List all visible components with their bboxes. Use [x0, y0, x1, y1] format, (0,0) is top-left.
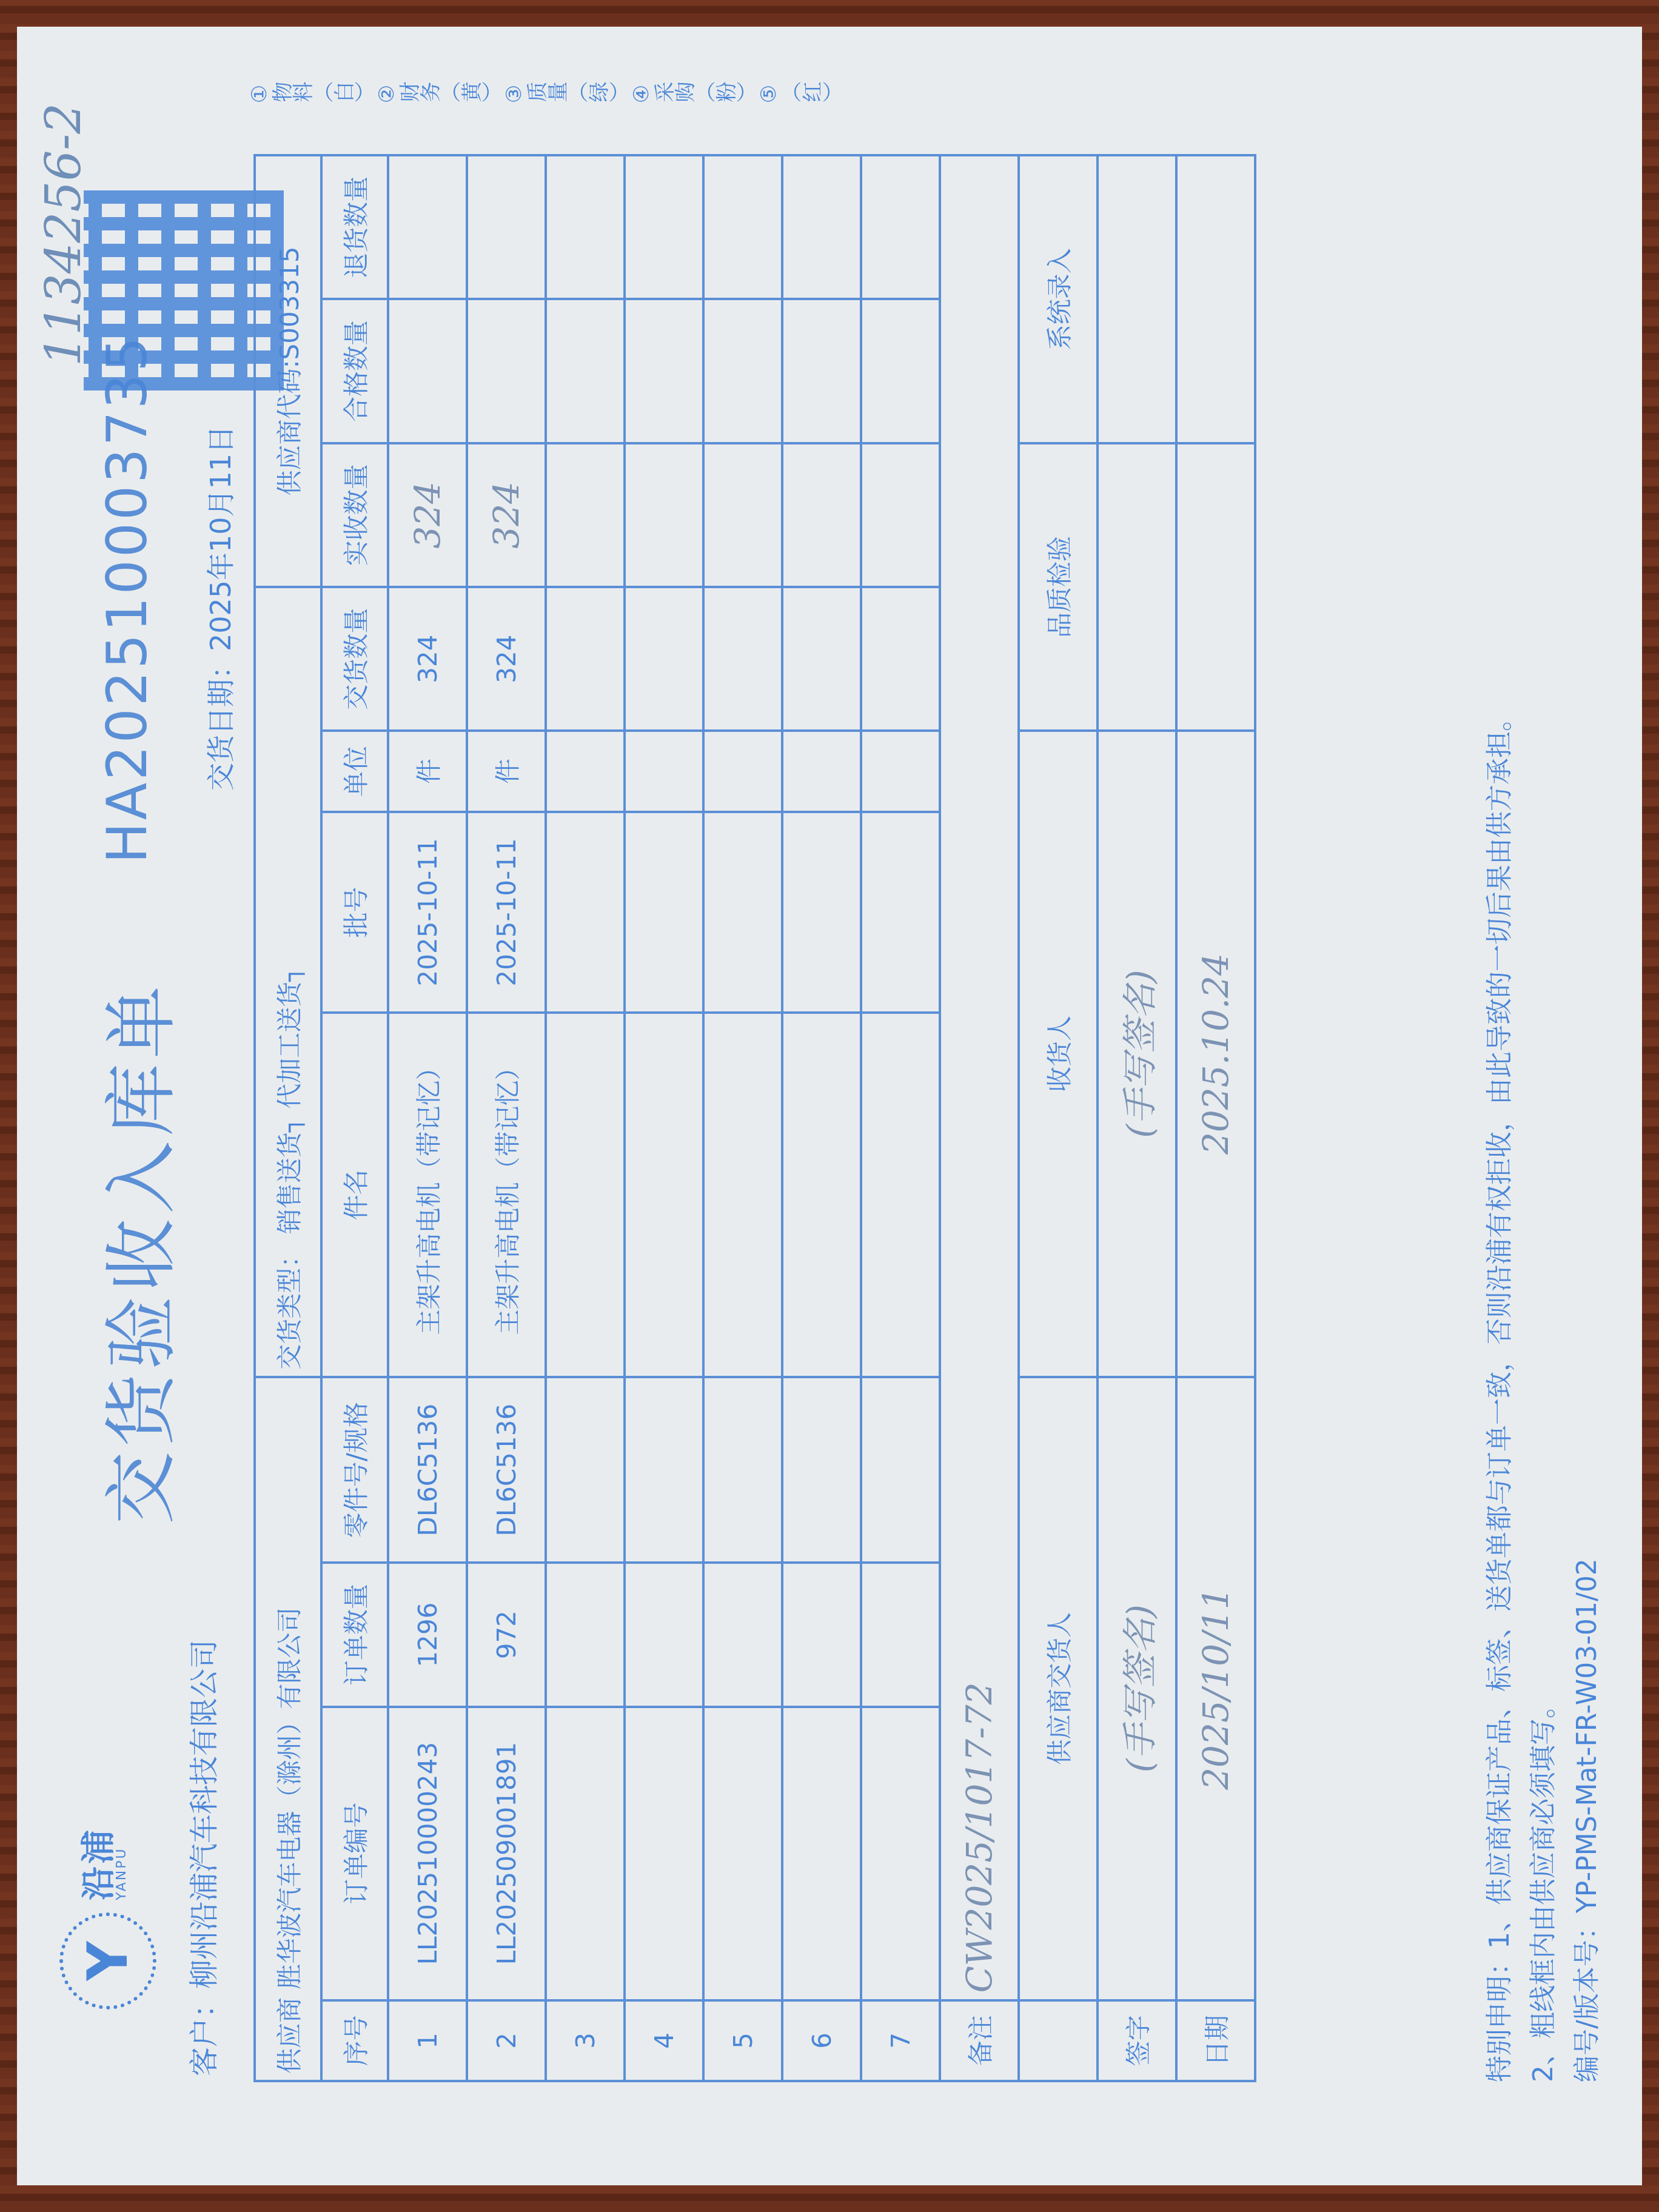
customer-line: 客户：柳州沿浦汽车科技有限公司	[181, 1640, 223, 2076]
col-header: 序号	[321, 2000, 388, 2081]
unit: 件	[388, 731, 467, 811]
col-header: 单位	[321, 731, 388, 811]
supplier-label: 供应商	[275, 1997, 304, 2074]
column-header-row: 序号 订单编号 订单数量 零件号/规格 件名 批号 单位 交货数量 实收数量 合…	[321, 155, 388, 2081]
received-qty: 324	[388, 443, 467, 587]
table-row: 3	[546, 155, 625, 2081]
col-header: 订单编号	[321, 1707, 388, 2000]
supplier-sign-date: 2025/10/11	[1176, 1377, 1255, 2000]
part-name: 主架升高电机（带记忆）	[467, 1013, 546, 1377]
remark-value: CW2025/1017-72	[940, 155, 1019, 2000]
role-quality-inspection: 品质检验	[1019, 443, 1098, 731]
row-no: 7	[861, 2000, 940, 2081]
order-qty: 972	[467, 1563, 546, 1706]
order-no: LL202510000243	[388, 1707, 467, 2000]
col-header: 退货数量	[321, 155, 388, 299]
supplier-code: S003315	[275, 246, 304, 360]
qualified-qty	[388, 299, 467, 443]
row-no: 6	[782, 2000, 861, 2081]
receiver-sign-date: 2025.10.24	[1176, 731, 1255, 1376]
batch: 2025-10-11	[388, 812, 467, 1013]
row-no: 3	[546, 2000, 625, 2081]
supplier-code-label: 供应商代码:	[275, 360, 304, 495]
supplier-name: 胜华波汽车电器（滁州）有限公司	[275, 1607, 304, 1989]
logo-subtext: YANPU	[114, 1847, 129, 1900]
col-header: 件名	[321, 1013, 388, 1377]
remark-label: 备注	[940, 2000, 1019, 2081]
delivery-type-label: 交货类型：	[275, 1242, 304, 1370]
returned-qty	[467, 155, 546, 299]
supplier-signature: (手写签名)	[1098, 1377, 1176, 2000]
footer-note-2: 2、粗线框内由供应商必须填写。	[1522, 705, 1566, 2082]
receiver-signature: (手写签名)	[1098, 731, 1176, 1376]
signature-row: 签字 (手写签名) (手写签名)	[1098, 155, 1176, 2081]
row-no: 4	[625, 2000, 703, 2081]
table-row: 5	[703, 155, 782, 2081]
delivery-date-line: 交货日期：2025年10月11日	[199, 426, 239, 791]
col-header: 批号	[321, 812, 388, 1013]
order-qty: 1296	[388, 1563, 467, 1706]
received-qty: 324	[467, 443, 546, 587]
customer-name: 柳州沿浦汽车科技有限公司	[187, 1640, 221, 1989]
order-no: LL202509001891	[467, 1707, 546, 2000]
qualified-qty	[467, 299, 546, 443]
unit: 件	[467, 731, 546, 811]
col-header: 交货数量	[321, 587, 388, 731]
date-label: 日期	[1176, 2000, 1255, 2081]
date-row: 日期 2025/10/11 2025.10.24	[1176, 155, 1255, 2081]
delivery-acceptance-form: Y 沿浦 YANPU 交货验收入库单 HA202510003735 113425…	[17, 27, 1642, 2185]
delivery-type-cell: 交货类型： 销售送货┐ 代加工送货┐	[255, 587, 321, 1377]
footer-notes: 特别申明：1、供应商保证产品、标签、送货单都与订单一致，否则沿浦有权拒收，由此导…	[1478, 705, 1609, 2082]
col-header: 零件号/规格	[321, 1377, 388, 1563]
yanpu-logo-icon: Y	[59, 1912, 156, 2009]
supplier-row: 供应商 胜华波汽车电器（滁州）有限公司 交货类型： 销售送货┐ 代加工送货┐ 供…	[255, 155, 321, 2081]
sign-label: 签字	[1098, 2000, 1176, 2081]
col-header: 订单数量	[321, 1563, 388, 1706]
roles-row: 供应商交货人 收货人 品质检验 系统录入	[1019, 155, 1098, 2081]
table-row: 4	[625, 155, 703, 2081]
document-number: HA202510003735	[96, 335, 159, 863]
row-no: 2	[467, 2000, 546, 2081]
table-row: 6	[782, 155, 861, 2081]
row-no: 5	[703, 2000, 782, 2081]
table-row: 1 LL202510000243 1296 DL6C5136 主架升高电机（带记…	[388, 155, 467, 2081]
logo-text: 沿浦	[72, 1828, 120, 1900]
delivery-type-options: 销售送货┐ 代加工送货┐	[275, 966, 304, 1234]
delivered-qty: 324	[388, 587, 467, 731]
row-no: 1	[388, 2000, 467, 2081]
form-title: 交货验收入库单	[84, 981, 188, 1524]
part-no: DL6C5136	[467, 1377, 546, 1563]
table-row: 7	[861, 155, 940, 2081]
footer-note-1: 特别申明：1、供应商保证产品、标签、送货单都与订单一致，否则沿浦有权拒收，由此导…	[1478, 705, 1522, 2082]
returned-qty	[388, 155, 467, 299]
delivery-date-label: 交货日期：	[204, 651, 237, 791]
role-system-entry: 系统录入	[1019, 155, 1098, 443]
delivered-qty: 324	[467, 587, 546, 731]
batch: 2025-10-11	[467, 812, 546, 1013]
form-number: 编号/版本号：YP-PMS-Mat-FR-W03-01/02	[1566, 705, 1609, 2082]
remark-row: 备注 CW2025/1017-72	[940, 155, 1019, 2081]
delivery-date: 2025年10月11日	[204, 426, 237, 651]
supplier-cell: 供应商 胜华波汽车电器（滁州）有限公司	[255, 1377, 321, 2081]
copy-distribution-labels: ①物料（白）②财务（黄）③质量（绿）④采购（粉）⑤（红）	[247, 81, 843, 130]
handwritten-reference: 1134256-2	[35, 103, 92, 366]
col-header: 合格数量	[321, 299, 388, 443]
delivery-table: 供应商 胜华波汽车电器（滁州）有限公司 交货类型： 销售送货┐ 代加工送货┐ 供…	[253, 154, 1256, 2082]
part-no: DL6C5136	[388, 1377, 467, 1563]
supplier-code-cell: 供应商代码:S003315	[255, 155, 321, 587]
part-name: 主架升高电机（带记忆）	[388, 1013, 467, 1377]
table-row: 2 LL202509001891 972 DL6C5136 主架升高电机（带记忆…	[467, 155, 546, 2081]
role-receiver: 收货人	[1019, 731, 1098, 1376]
role-supplier-deliverer: 供应商交货人	[1019, 1377, 1098, 2000]
col-header: 实收数量	[321, 443, 388, 587]
customer-label: 客户：	[187, 1989, 221, 2076]
